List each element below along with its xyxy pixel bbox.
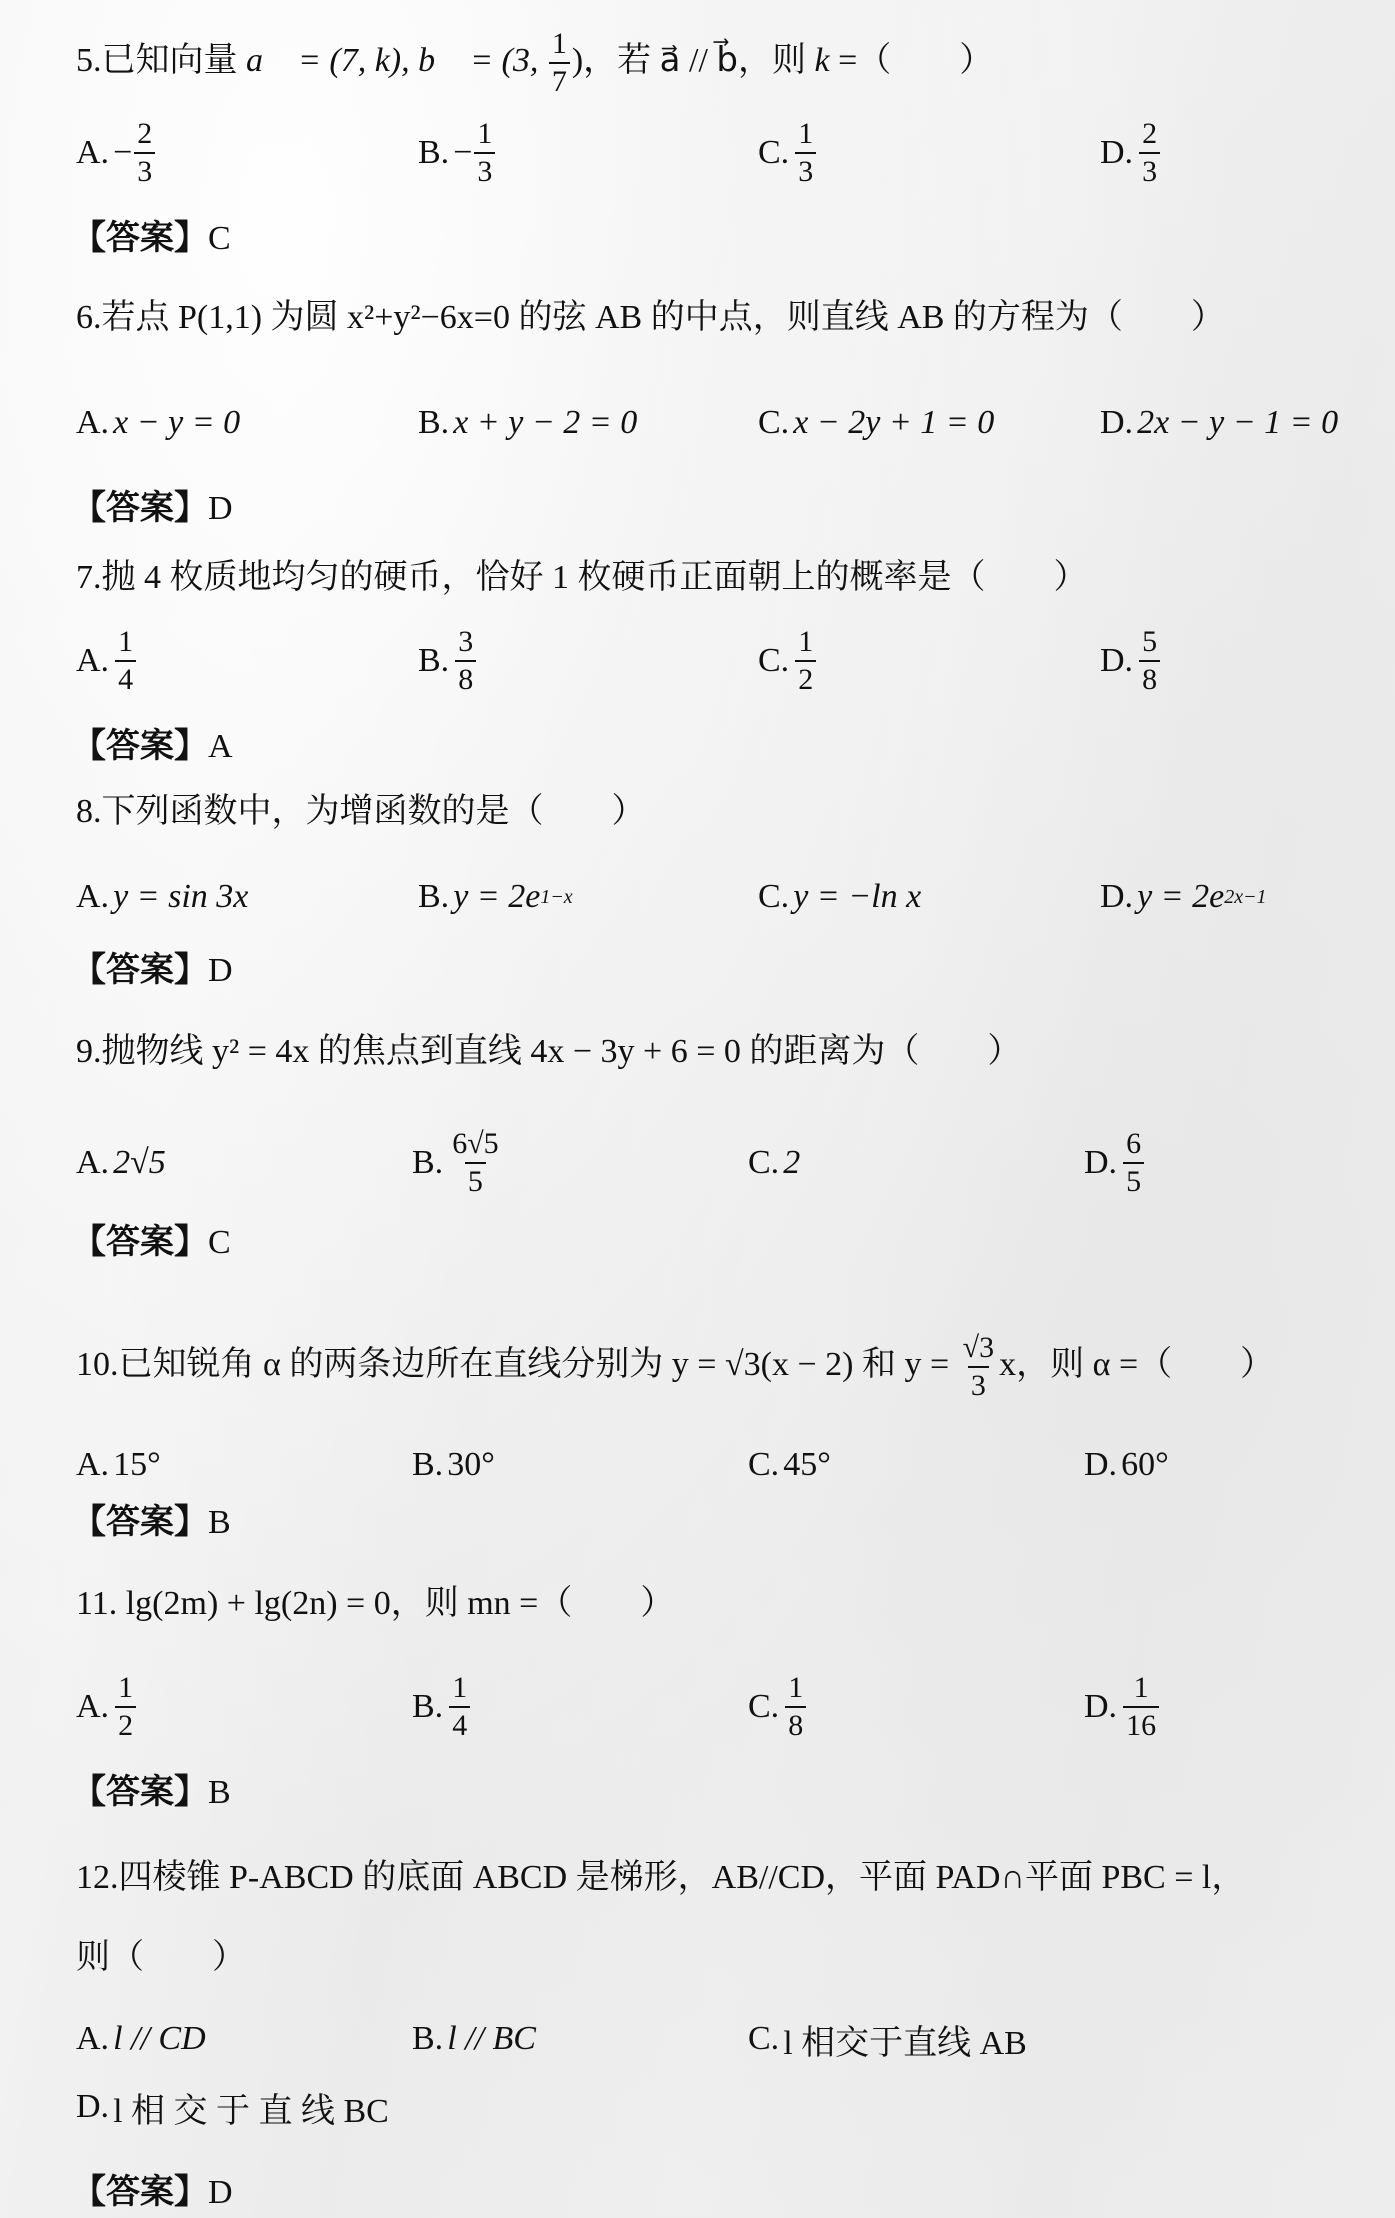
exponent: 1−x bbox=[540, 886, 572, 909]
option-label: D. bbox=[1084, 1144, 1117, 1182]
option-a: A.−23 bbox=[76, 108, 157, 198]
question-7-answer: 【答案】A bbox=[72, 724, 233, 769]
fraction: 6√55 bbox=[449, 1126, 501, 1200]
numerator: 1 bbox=[549, 26, 570, 62]
fraction: 13 bbox=[795, 116, 816, 190]
question-7-options: A.14 B.38 C.12 D.58 bbox=[76, 616, 1395, 706]
question-12-stem-line2: 则（ ） bbox=[76, 1936, 246, 1980]
numerator: 1 bbox=[115, 624, 136, 660]
answer-label: 【答案】 bbox=[72, 2172, 208, 2212]
denominator: 3 bbox=[474, 152, 495, 190]
option-text: 2x − y − 1 = 0 bbox=[1137, 404, 1338, 442]
option-b: B.y = 2e1−x bbox=[418, 852, 573, 942]
fraction: 18 bbox=[785, 1670, 806, 1744]
answer-label: 【答案】 bbox=[72, 726, 208, 766]
question-9-answer: 【答案】C bbox=[72, 1220, 231, 1265]
question-12-options-row2: D.l 相 交 于 直 线 BC bbox=[76, 2062, 1395, 2152]
numerator: 2 bbox=[1139, 116, 1160, 152]
option-text: l 相 交 于 直 线 BC bbox=[113, 2083, 389, 2132]
option-label: A. bbox=[76, 642, 109, 680]
option-c: C.y = −ln x bbox=[758, 852, 921, 942]
option-label: C. bbox=[758, 134, 789, 172]
answer-label: 【答案】 bbox=[72, 1502, 208, 1542]
stem-text: )，若 a⃗ // b⃗，则 bbox=[572, 42, 815, 79]
fraction: 38 bbox=[455, 624, 476, 698]
option-label: A. bbox=[76, 134, 109, 172]
option-d: D.58 bbox=[1100, 616, 1162, 706]
option-c: C.2 bbox=[748, 1118, 800, 1208]
option-d: D.l 相 交 于 直 线 BC bbox=[76, 2062, 389, 2152]
option-label: C. bbox=[758, 878, 789, 916]
answer-value: D bbox=[208, 2174, 233, 2211]
numerator: 2 bbox=[134, 116, 155, 152]
denominator: 16 bbox=[1123, 1706, 1159, 1744]
stem-text: 10.已知锐角 α 的两条边所在直线分别为 y = √3(x − 2) 和 y … bbox=[76, 1346, 958, 1383]
option-text: l // CD bbox=[113, 2020, 206, 2058]
option-label: D. bbox=[1084, 1688, 1117, 1726]
option-label: C. bbox=[748, 1446, 779, 1484]
option-a: A.x − y = 0 bbox=[76, 378, 240, 468]
option-label: D. bbox=[1100, 404, 1133, 442]
option-base: y = 2e bbox=[453, 878, 540, 916]
option-label: A. bbox=[76, 1688, 109, 1726]
answer-value: A bbox=[208, 728, 233, 765]
option-text: y = sin 3x bbox=[113, 878, 248, 916]
exam-page: 5.已知向量 a⃗ = (7, k), b⃗ = (3, 17)，若 a⃗ //… bbox=[0, 0, 1395, 2218]
option-label: C. bbox=[748, 1144, 779, 1182]
option-label: D. bbox=[1100, 134, 1133, 172]
fraction: 14 bbox=[449, 1670, 470, 1744]
fraction: 65 bbox=[1123, 1126, 1144, 1200]
question-11-options: A.12 B.14 C.18 D.116 bbox=[76, 1662, 1395, 1752]
option-a: A.15° bbox=[76, 1420, 161, 1510]
option-d: D.2x − y − 1 = 0 bbox=[1100, 378, 1338, 468]
answer-value: D bbox=[208, 490, 233, 527]
fraction: 12 bbox=[795, 624, 816, 698]
option-text: 2√5 bbox=[113, 1144, 166, 1182]
fraction: 13 bbox=[474, 116, 495, 190]
answer-value: C bbox=[208, 220, 231, 257]
question-12-stem: 12.四棱锥 P-ABCD 的底面 ABCD 是梯形，AB//CD，平面 PAD… bbox=[76, 1856, 1245, 1900]
denominator: 4 bbox=[449, 1706, 470, 1744]
answer-value: B bbox=[208, 1504, 231, 1541]
option-label: A. bbox=[76, 1144, 109, 1182]
option-label: A. bbox=[76, 1446, 109, 1484]
denominator: 5 bbox=[1123, 1162, 1144, 1200]
fraction: 14 bbox=[115, 624, 136, 698]
question-9-options: A.2√5 B.6√55 C.2 D.65 bbox=[76, 1118, 1395, 1208]
numerator: 1 bbox=[785, 1670, 806, 1706]
answer-label: 【答案】 bbox=[72, 1772, 208, 1812]
answer-label: 【答案】 bbox=[72, 1222, 208, 1262]
answer-value: B bbox=[208, 1774, 231, 1811]
option-a: A.14 bbox=[76, 616, 138, 706]
sign: − bbox=[113, 134, 132, 172]
option-c: C.x − 2y + 1 = 0 bbox=[758, 378, 994, 468]
numerator: 6 bbox=[1123, 1126, 1144, 1162]
question-5-options: A.−23 B.−13 C.13 D.23 bbox=[76, 108, 1395, 198]
option-b: B.30° bbox=[412, 1420, 495, 1510]
option-c: C.12 bbox=[758, 616, 818, 706]
option-label: B. bbox=[418, 642, 449, 680]
fraction: √33 bbox=[960, 1330, 997, 1404]
answer-value: C bbox=[208, 1224, 231, 1261]
option-a: A.12 bbox=[76, 1662, 138, 1752]
answer-label: 【答案】 bbox=[72, 218, 208, 258]
option-c: C.18 bbox=[748, 1662, 808, 1752]
question-11-answer: 【答案】B bbox=[72, 1770, 231, 1815]
option-text: y = −ln x bbox=[793, 878, 921, 916]
option-d: D.65 bbox=[1084, 1118, 1146, 1208]
option-text: 30° bbox=[447, 1446, 495, 1484]
question-5-answer: 【答案】C bbox=[72, 216, 231, 261]
option-text: l // BC bbox=[447, 2020, 536, 2058]
question-8-stem: 8.下列函数中，为增函数的是（ ） bbox=[76, 790, 646, 834]
fraction: 23 bbox=[134, 116, 155, 190]
numerator: 1 bbox=[449, 1670, 470, 1706]
option-label: B. bbox=[412, 1688, 443, 1726]
question-6-options: A.x − y = 0 B.x + y − 2 = 0 C.x − 2y + 1… bbox=[76, 378, 1395, 468]
option-text: 60° bbox=[1121, 1446, 1169, 1484]
option-text: 2 bbox=[783, 1144, 800, 1182]
option-d: D.116 bbox=[1084, 1662, 1161, 1752]
option-label: B. bbox=[412, 1144, 443, 1182]
option-label: A. bbox=[76, 2020, 109, 2058]
question-9-stem: 9.抛物线 y² = 4x 的焦点到直线 4x − 3y + 6 = 0 的距离… bbox=[76, 1030, 1021, 1074]
option-label: B. bbox=[412, 2020, 443, 2058]
numerator: 3 bbox=[455, 624, 476, 660]
option-a: A.y = sin 3x bbox=[76, 852, 248, 942]
denominator: 8 bbox=[455, 660, 476, 698]
fraction: 17 bbox=[549, 26, 570, 100]
question-6-answer: 【答案】D bbox=[72, 486, 233, 531]
question-8-answer: 【答案】D bbox=[72, 948, 233, 993]
option-label: A. bbox=[76, 404, 109, 442]
numerator: 1 bbox=[474, 116, 495, 152]
stem-text: x，则 α =（ ） bbox=[999, 1346, 1274, 1383]
option-label: A. bbox=[76, 878, 109, 916]
denominator: 3 bbox=[1139, 152, 1160, 190]
sign: − bbox=[453, 134, 472, 172]
option-label: C. bbox=[758, 642, 789, 680]
fraction: 116 bbox=[1123, 1670, 1159, 1744]
numerator: 1 bbox=[115, 1670, 136, 1706]
numerator: 1 bbox=[795, 624, 816, 660]
option-label: C. bbox=[748, 2020, 779, 2058]
denominator: 3 bbox=[134, 152, 155, 190]
question-11-stem: 11. lg(2m) + lg(2n) = 0，则 mn =（ ） bbox=[76, 1582, 674, 1626]
option-d: D.23 bbox=[1100, 108, 1162, 198]
option-a: A.2√5 bbox=[76, 1118, 166, 1208]
denominator: 2 bbox=[115, 1706, 136, 1744]
option-label: D. bbox=[1100, 878, 1133, 916]
question-10-answer: 【答案】B bbox=[72, 1500, 231, 1545]
numerator: 6√5 bbox=[449, 1126, 501, 1162]
option-d: D.y = 2e2x−1 bbox=[1100, 852, 1267, 942]
option-b: B.6√55 bbox=[412, 1118, 504, 1208]
question-8-options: A.y = sin 3x B.y = 2e1−x C.y = −ln x D.y… bbox=[76, 852, 1395, 942]
denominator: 5 bbox=[465, 1162, 486, 1200]
option-b: B.14 bbox=[412, 1662, 472, 1752]
variable: k bbox=[814, 42, 829, 79]
option-d: D.60° bbox=[1084, 1420, 1169, 1510]
option-b: B.38 bbox=[418, 616, 478, 706]
denominator: 2 bbox=[795, 660, 816, 698]
option-text: x − 2y + 1 = 0 bbox=[793, 404, 994, 442]
fraction: 58 bbox=[1139, 624, 1160, 698]
answer-label: 【答案】 bbox=[72, 950, 208, 990]
numerator: 5 bbox=[1139, 624, 1160, 660]
question-5-stem: 5.已知向量 a⃗ = (7, k), b⃗ = (3, 17)，若 a⃗ //… bbox=[76, 26, 993, 100]
stem-text: 5.已知向量 bbox=[76, 42, 238, 79]
option-label: B. bbox=[418, 134, 449, 172]
question-12-answer: 【答案】D bbox=[72, 2170, 233, 2215]
option-text: l 相交于直线 AB bbox=[783, 2015, 1027, 2064]
option-label: D. bbox=[76, 2088, 109, 2126]
question-6-stem: 6.若点 P(1,1) 为圆 x²+y²−6x=0 的弦 AB 的中点，则直线 … bbox=[76, 296, 1225, 340]
option-label: B. bbox=[418, 878, 449, 916]
option-c: C.13 bbox=[758, 108, 818, 198]
fraction: 23 bbox=[1139, 116, 1160, 190]
question-10-stem: 10.已知锐角 α 的两条边所在直线分别为 y = √3(x − 2) 和 y … bbox=[76, 1330, 1274, 1404]
denominator: 3 bbox=[795, 152, 816, 190]
denominator: 7 bbox=[549, 62, 570, 100]
option-text: x + y − 2 = 0 bbox=[453, 404, 637, 442]
denominator: 8 bbox=[785, 1706, 806, 1744]
option-b: B.−13 bbox=[418, 108, 497, 198]
option-text: 15° bbox=[113, 1446, 161, 1484]
option-label: C. bbox=[748, 1688, 779, 1726]
option-c: C.45° bbox=[748, 1420, 831, 1510]
stem-text: =（ ） bbox=[830, 42, 994, 79]
option-label: B. bbox=[418, 404, 449, 442]
question-10-options: A.15° B.30° C.45° D.60° bbox=[76, 1420, 1395, 1510]
option-b: B.x + y − 2 = 0 bbox=[418, 378, 637, 468]
option-base: y = 2e bbox=[1137, 878, 1224, 916]
option-text: x − y = 0 bbox=[113, 404, 240, 442]
option-text: 45° bbox=[783, 1446, 831, 1484]
denominator: 3 bbox=[968, 1366, 989, 1404]
answer-value: D bbox=[208, 952, 233, 989]
denominator: 4 bbox=[115, 660, 136, 698]
denominator: 8 bbox=[1139, 660, 1160, 698]
answer-label: 【答案】 bbox=[72, 488, 208, 528]
numerator: 1 bbox=[1131, 1670, 1152, 1706]
numerator: 1 bbox=[795, 116, 816, 152]
option-label: C. bbox=[758, 404, 789, 442]
exponent: 2x−1 bbox=[1224, 886, 1266, 909]
option-label: D. bbox=[1100, 642, 1133, 680]
numerator: √3 bbox=[960, 1330, 997, 1366]
option-label: D. bbox=[1084, 1446, 1117, 1484]
question-7-stem: 7.抛 4 枚质地均匀的硬币，恰好 1 枚硬币正面朝上的概率是（ ） bbox=[76, 556, 1088, 600]
fraction: 12 bbox=[115, 1670, 136, 1744]
vector-expression: a⃗ = (7, k), b⃗ = (3, bbox=[246, 42, 547, 79]
option-label: B. bbox=[412, 1446, 443, 1484]
